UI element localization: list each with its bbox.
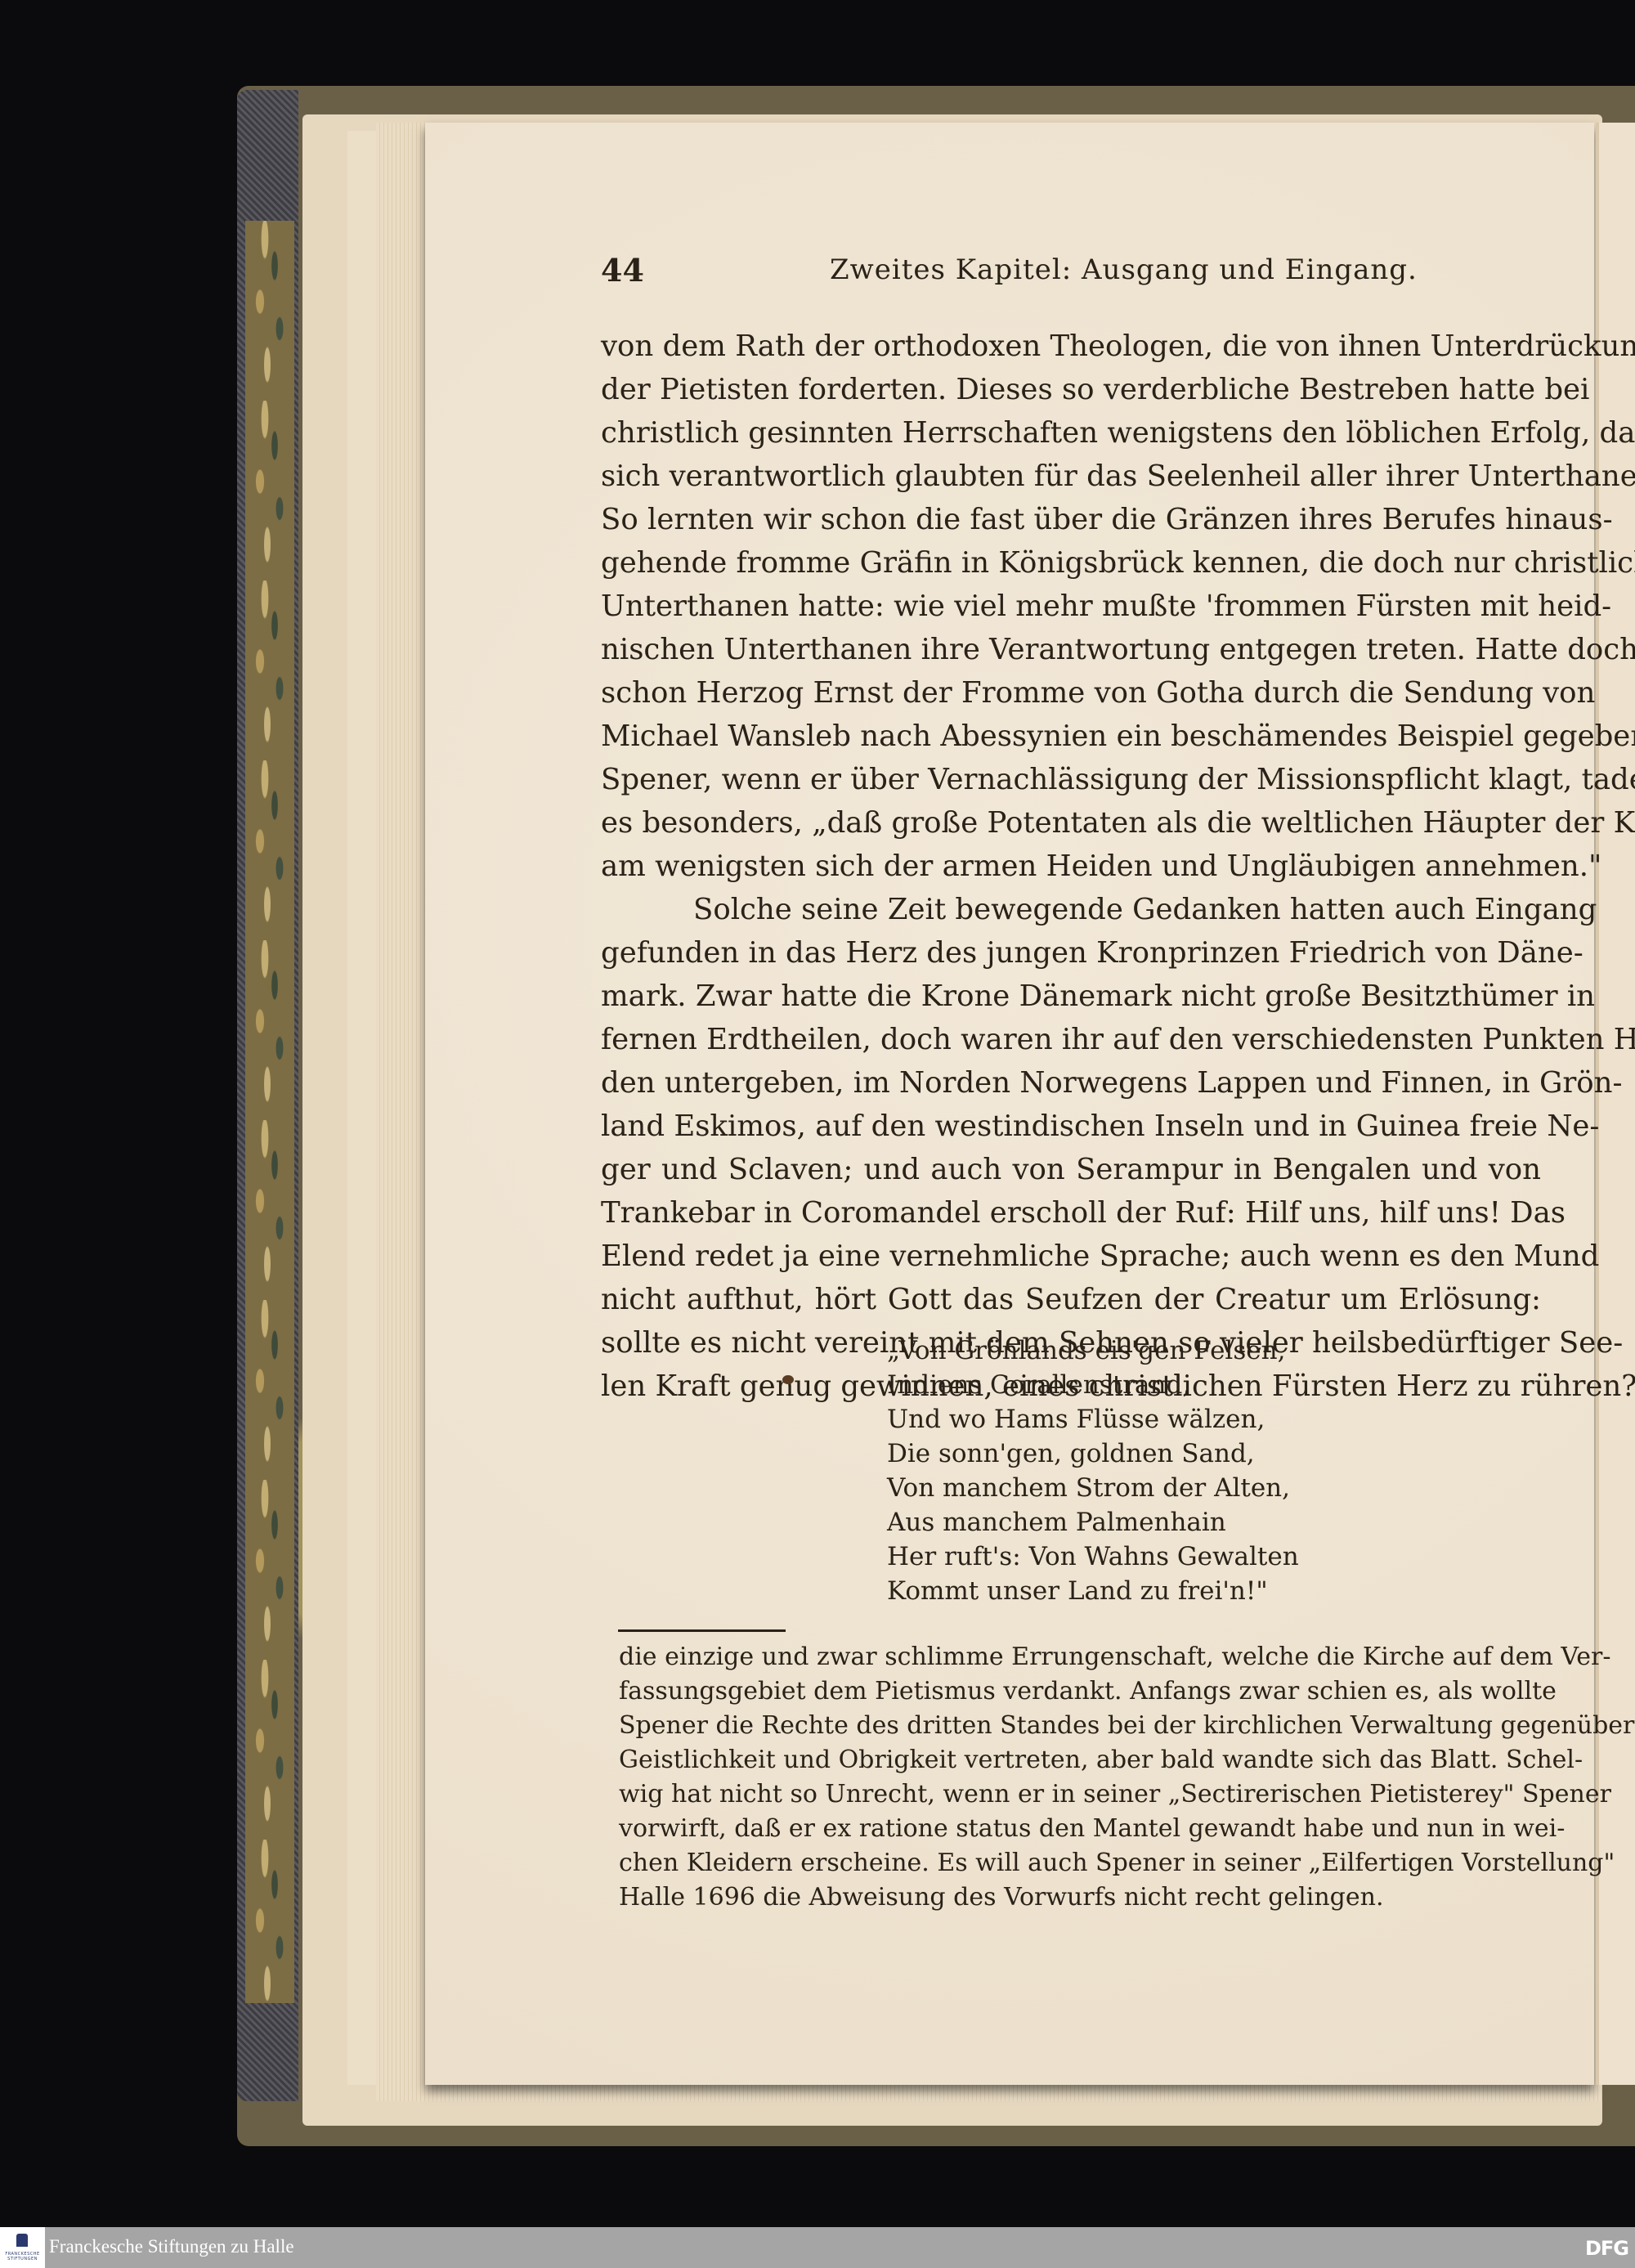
body-line: Michael Wansleb nach Abessynien ein besc… bbox=[601, 715, 1541, 758]
logo-caption: FRANCKESCHE STIFTUNGEN bbox=[2, 2252, 43, 2261]
page-header: 44 Zweites Kapitel: Ausgang und Eingang. bbox=[601, 252, 1549, 293]
poem-line: Die sonn'gen, goldnen Sand, bbox=[887, 1437, 1255, 1470]
marbled-board-edge bbox=[245, 221, 294, 2003]
body-line: Unterthanen hatte: wie viel mehr mußte '… bbox=[601, 585, 1541, 628]
body-line: sich verantwortlich glaubten für das See… bbox=[601, 455, 1541, 498]
poem-line: Indiens Corallenstrand, bbox=[887, 1369, 1190, 1401]
body-line: schon Herzog Ernst der Fromme von Gotha … bbox=[601, 672, 1541, 715]
francke-figure-icon bbox=[16, 2234, 28, 2247]
footnote-line: fassungsgebiet dem Pietismus verdankt. A… bbox=[619, 1674, 1533, 1709]
footnote-line: Halle 1696 die Abweisung des Vorwurfs ni… bbox=[619, 1880, 1533, 1915]
body-line: es besonders, „daß große Potentaten als … bbox=[601, 802, 1541, 845]
institution-logo[interactable]: FRANCKESCHE STIFTUNGEN bbox=[0, 2227, 45, 2268]
body-line: von dem Rath der orthodoxen Theologen, d… bbox=[601, 325, 1541, 368]
footnote-line: Spener die Rechte des dritten Standes be… bbox=[619, 1709, 1533, 1743]
footnote-line: Geistlichkeit und Obrigkeit vertreten, a… bbox=[619, 1743, 1533, 1777]
body-line: am wenigsten sich der armen Heiden und U… bbox=[601, 845, 1541, 888]
viewer-footer: FRANCKESCHE STIFTUNGEN Franckesche Stift… bbox=[0, 2227, 1635, 2268]
body-line: nicht aufthut, hört Gott das Seufzen der… bbox=[601, 1279, 1541, 1321]
footnote-line: chen Kleidern erscheine. Es will auch Sp… bbox=[619, 1846, 1533, 1880]
institution-name: Franckesche Stiftungen zu Halle bbox=[49, 2236, 294, 2257]
footnote-line: wig hat nicht so Unrecht, wenn er in sei… bbox=[619, 1777, 1533, 1812]
paper-stain bbox=[782, 1375, 794, 1384]
paragraph-start-line: Solche seine Zeit bewegende Gedanken hat… bbox=[693, 889, 1541, 931]
body-line: nischen Unterthanen ihre Verantwortung e… bbox=[601, 629, 1541, 671]
body-line: mark. Zwar hatte die Krone Dänemark nich… bbox=[601, 975, 1541, 1018]
footnote-line: die einzige und zwar schlimme Errungensc… bbox=[619, 1640, 1533, 1674]
poem-line: Und wo Hams Flüsse wälzen, bbox=[887, 1403, 1265, 1436]
poem-line: Von manchem Strom der Alten, bbox=[887, 1472, 1290, 1504]
body-line: gehende fromme Gräfin in Königsbrück ken… bbox=[601, 542, 1541, 585]
body-line: gefunden in das Herz des jungen Kronprin… bbox=[601, 932, 1541, 975]
poem-line: Aus manchem Palmenhain bbox=[887, 1506, 1226, 1539]
body-line: den untergeben, im Norden Norwegens Lapp… bbox=[601, 1062, 1541, 1105]
footnote-line: vorwirft, daß er ex ratione status den M… bbox=[619, 1812, 1533, 1846]
poem-line: „Von Grönlands eis'gen Felsen, bbox=[887, 1334, 1285, 1367]
body-line: land Eskimos, auf den westindischen Inse… bbox=[601, 1105, 1541, 1148]
body-line: christlich gesinnten Herrschaften wenigs… bbox=[601, 412, 1541, 455]
page-number: 44 bbox=[601, 252, 644, 289]
poem-line: Kommt unser Land zu frei'n!" bbox=[887, 1575, 1268, 1607]
body-line: der Pietisten forderten. Dieses so verde… bbox=[601, 369, 1541, 411]
body-line: fernen Erdtheilen, doch waren ihr auf de… bbox=[601, 1019, 1541, 1061]
running-header: Zweites Kapitel: Ausgang und Eingang. bbox=[830, 253, 1418, 286]
dfg-logo[interactable]: DFG bbox=[1585, 2237, 1628, 2260]
body-line: Spener, wenn er über Vernachlässigung de… bbox=[601, 759, 1541, 801]
body-line: Trankebar in Coromandel erscholl der Ruf… bbox=[601, 1192, 1541, 1235]
poem-line: Her ruft's: Von Wahns Gewalten bbox=[887, 1540, 1299, 1573]
body-line: Elend redet ja eine vernehmliche Sprache… bbox=[601, 1235, 1541, 1278]
logo-caption-line-2: STIFTUNGEN bbox=[2, 2257, 43, 2261]
footnote-rule bbox=[618, 1629, 786, 1632]
body-line: So lernten wir schon die fast über die G… bbox=[601, 499, 1541, 541]
body-line: ger und Sclaven; und auch von Serampur i… bbox=[601, 1149, 1541, 1191]
